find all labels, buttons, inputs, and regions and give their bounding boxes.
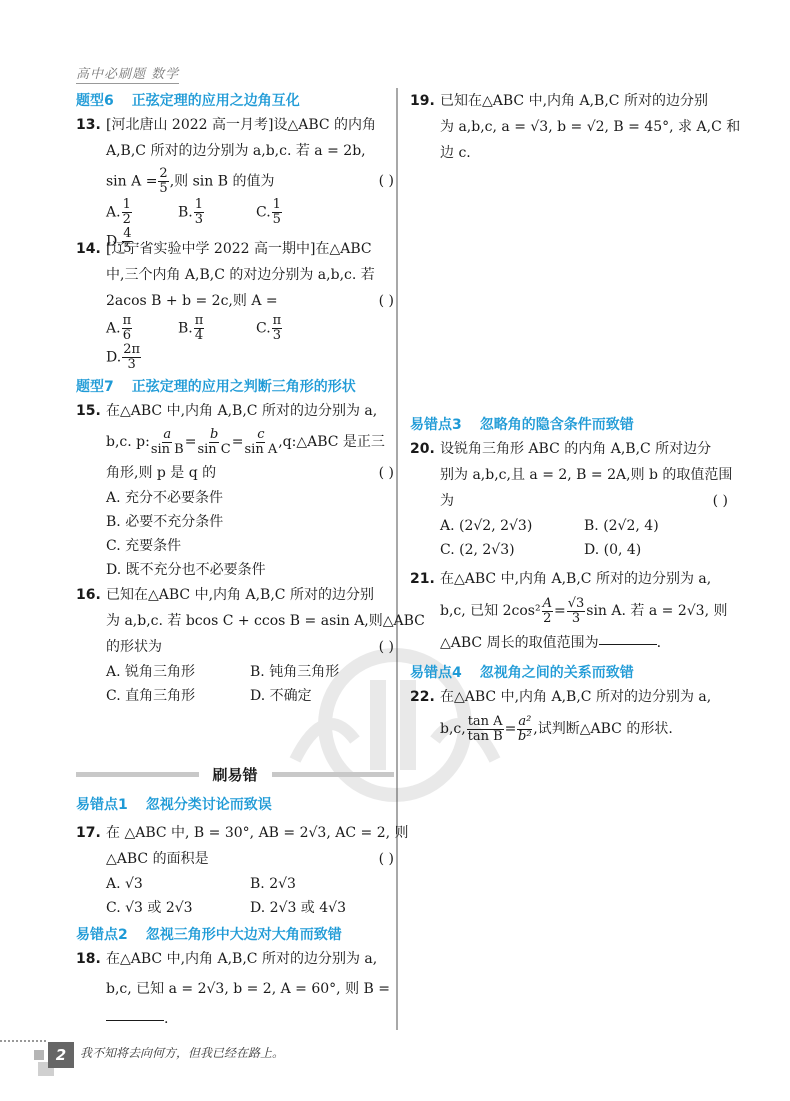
question-17: 17. 在 △ABC 中, B = 30°, AB = 2√3, AC = 2,… xyxy=(76,820,394,872)
option-a[interactable]: A.π6 xyxy=(106,314,178,343)
left-column-lower: 易错点1忽视分类讨论而致误 17. 在 △ABC 中, B = 30°, AB … xyxy=(76,794,394,1032)
footer-motto: 我不知将去向何方，但我已经在路上。 xyxy=(80,1044,284,1061)
option-c[interactable]: C.π3 xyxy=(256,314,346,343)
options-20: A. (2√2, 2√3) B. (2√2, 4) C. (2, 2√3) D.… xyxy=(410,514,728,562)
question-20: 20. 设锐角三角形 ABC 的内角 A,B,C 所对边分 别为 a,b,c,且… xyxy=(410,436,728,514)
decor-square-icon xyxy=(34,1050,44,1060)
option-d[interactable]: D. 不确定 xyxy=(250,684,394,708)
fraction: 25 xyxy=(158,167,168,196)
question-13: 13. [河北唐山 2022 高一月考]设△ABC 的内角 A,B,C 所对的边… xyxy=(76,112,394,198)
question-14: 14. [辽宁省实验中学 2022 高一期中]在△ABC 中,三个内角 A,B,… xyxy=(76,236,394,314)
workbook-page: 高中必刷题 数学 题型6正弦定理的应用之边角互化 13. [河北唐山 2022 … xyxy=(0,0,790,1101)
options-14: A.π6 B.π4 C.π3 D.2π3 xyxy=(76,314,394,354)
option-d[interactable]: D. (0, 4) xyxy=(584,538,728,562)
question-18: 18. 在△ABC 中,内角 A,B,C 所对的边分别为 a, b,c, 已知 … xyxy=(76,946,394,1032)
answer-bracket: ( ) xyxy=(379,288,394,314)
option-a[interactable]: A. (2√2, 2√3) xyxy=(440,514,584,538)
section-heading-error2: 易错点2忽视三角形中大边对大角而致错 xyxy=(76,924,394,946)
option-d[interactable]: D.2π3 xyxy=(106,343,178,372)
option-b[interactable]: B. 2√3 xyxy=(250,872,394,896)
question-21: 21. 在△ABC 中,内角 A,B,C 所对的边分别为 a, b,c, 已知 … xyxy=(410,566,728,656)
answer-blank[interactable] xyxy=(106,1006,164,1021)
running-head: 高中必刷题 数学 xyxy=(76,63,179,84)
right-column: 19. 已知在△ABC 中,内角 A,B,C 所对的边分别 为 a,b,c, a… xyxy=(410,88,728,166)
option-b[interactable]: B. 必要不充分条件 xyxy=(106,510,386,534)
answer-bracket: ( ) xyxy=(379,846,394,872)
page-number: 2 xyxy=(48,1042,74,1068)
options-15: A. 充分不必要条件 B. 必要不充分条件 C. 充要条件 D. 既不充分也不必… xyxy=(76,486,394,582)
section-heading-error3: 易错点3忽略角的隐含条件而致错 xyxy=(410,414,728,436)
section-heading-error1: 易错点1忽视分类讨论而致误 xyxy=(76,794,394,816)
answer-bracket: ( ) xyxy=(713,488,728,514)
option-d[interactable]: D. 既不充分也不必要条件 xyxy=(106,558,386,582)
section-heading-type7: 题型7正弦定理的应用之判断三角形的形状 xyxy=(76,376,394,398)
option-a[interactable]: A. 充分不必要条件 xyxy=(106,486,386,510)
question-16: 16. 已知在△ABC 中,内角 A,B,C 所对的边分别 为 a,b,c. 若… xyxy=(76,582,394,660)
answer-bracket: ( ) xyxy=(379,168,394,194)
question-19: 19. 已知在△ABC 中,内角 A,B,C 所对的边分别 为 a,b,c, a… xyxy=(410,88,728,166)
column-divider xyxy=(396,88,398,1030)
answer-bracket: ( ) xyxy=(379,460,394,486)
option-b[interactable]: B.13 xyxy=(178,198,250,227)
options-17: A. √3 B. 2√3 C. √3 或 2√3 D. 2√3 或 4√3 xyxy=(76,872,394,920)
dotted-rule xyxy=(0,1040,46,1042)
options-16: A. 锐角三角形 B. 钝角三角形 C. 直角三角形 D. 不确定 xyxy=(76,660,394,708)
answer-bracket: ( ) xyxy=(379,634,394,660)
option-c[interactable]: C. 直角三角形 xyxy=(106,684,250,708)
option-a[interactable]: A. 锐角三角形 xyxy=(106,660,250,684)
option-b[interactable]: B.π4 xyxy=(178,314,250,343)
option-c[interactable]: C. (2, 2√3) xyxy=(440,538,584,562)
question-22: 22. 在△ABC 中,内角 A,B,C 所对的边分别为 a, b,c, tan… xyxy=(410,684,728,748)
option-b[interactable]: B. (2√2, 4) xyxy=(584,514,728,538)
page-footer: 2 我不知将去向何方，但我已经在路上。 xyxy=(0,1030,400,1100)
left-column: 题型6正弦定理的应用之边角互化 13. [河北唐山 2022 高一月考]设△AB… xyxy=(76,88,394,708)
option-a[interactable]: A. √3 xyxy=(106,872,250,896)
answer-blank[interactable] xyxy=(599,630,657,645)
options-13: A.12 B.13 C.15 D.45 xyxy=(76,198,394,236)
option-d[interactable]: D. 2√3 或 4√3 xyxy=(250,896,394,920)
option-a[interactable]: A.12 xyxy=(106,198,178,227)
option-c[interactable]: C. 充要条件 xyxy=(106,534,386,558)
option-b[interactable]: B. 钝角三角形 xyxy=(250,660,394,684)
section-heading-type6: 题型6正弦定理的应用之边角互化 xyxy=(76,90,394,112)
question-15: 15. 在△ABC 中,内角 A,B,C 所对的边分别为 a, b,c. p: … xyxy=(76,398,394,486)
option-c[interactable]: C. √3 或 2√3 xyxy=(106,896,250,920)
right-column-lower: 易错点3忽略角的隐含条件而致错 20. 设锐角三角形 ABC 的内角 A,B,C… xyxy=(410,414,728,748)
section-heading-error4: 易错点4忽视角之间的关系而致错 xyxy=(410,662,728,684)
section-bar-common-errors: 刷易错 xyxy=(76,763,394,785)
option-c[interactable]: C.15 xyxy=(256,198,346,227)
